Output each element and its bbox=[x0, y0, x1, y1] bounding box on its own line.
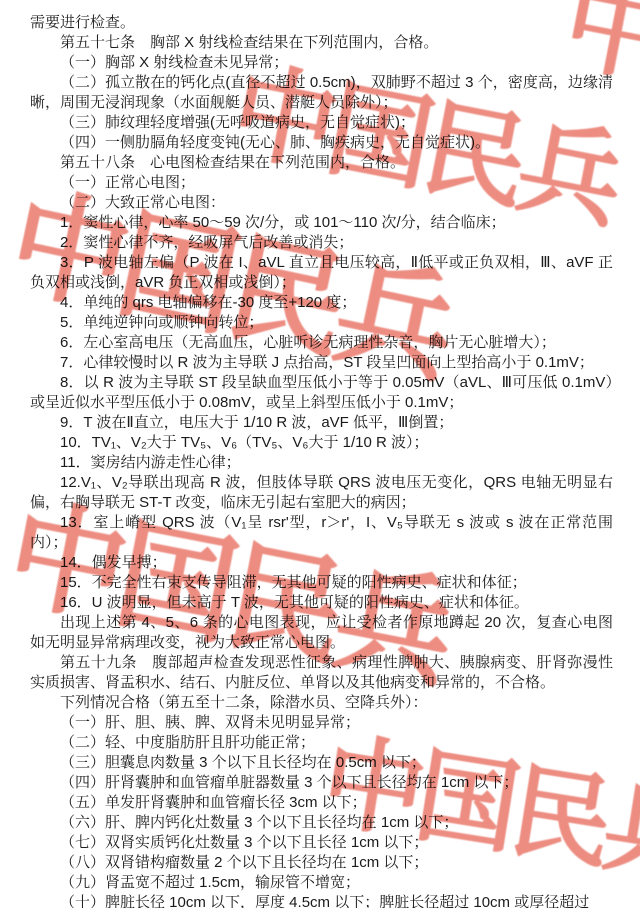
document-paragraph: 13．室上嵴型 QRS 波（V₁呈 rsr'型，r＞r'，I、V₅导联无 s 波… bbox=[30, 513, 613, 553]
document-paragraph: （二）轻、中度脂肪肝且肝功能正常； bbox=[30, 733, 613, 753]
document-paragraph: 第五十八条 心电图检查结果在下列范围内，合格。 bbox=[30, 153, 613, 173]
document-paragraph: 11．窦房结内游走性心律； bbox=[30, 453, 613, 473]
document-body: 需要进行检查。第五十七条 胸部 X 射线检查结果在下列范围内，合格。（一）胸部 … bbox=[30, 13, 613, 908]
document-paragraph: （一）胸部 X 射线检查未见异常； bbox=[30, 53, 613, 73]
document-paragraph: 第五十七条 胸部 X 射线检查结果在下列范围内，合格。 bbox=[30, 33, 613, 53]
document-paragraph: 5．单纯逆钟向或顺钟向转位； bbox=[30, 313, 613, 333]
document-paragraph: 2．窦性心律不齐，经吸屏气后改善或消失； bbox=[30, 233, 613, 253]
document-paragraph: （二）孤立散在的钙化点(直径不超过 0.5cm)，双肺野不超过 3 个，密度高，… bbox=[30, 73, 613, 113]
document-paragraph: 16．U 波明显，但未高于 T 波，无其他可疑的阳性病史、症状和体征。 bbox=[30, 593, 613, 613]
document-paragraph: 3．P 波电轴左偏（P 波在 I、aVL 直立且电压较高，Ⅱ低平或正负双相，Ⅲ、… bbox=[30, 253, 613, 293]
document-paragraph: 下列情况合格（第五至十二条，除潜水员、空降兵外）： bbox=[30, 693, 613, 713]
document-paragraph: 14．偶发早搏； bbox=[30, 553, 613, 573]
document-paragraph: （九）肾盂宽不超过 1.5cm，输尿管不增宽； bbox=[30, 873, 613, 893]
document-paragraph: 9．T 波在Ⅱ直立，电压大于 1/10 R 波，aVF 低平，Ⅲ倒置； bbox=[30, 413, 613, 433]
page-background: 需要进行检查。第五十七条 胸部 X 射线检查结果在下列范围内，合格。（一）胸部 … bbox=[0, 0, 640, 908]
document-paragraph: 8．以 R 波为主导联 ST 段呈缺血型压低小于等于 0.05mV（aVL、Ⅲ可… bbox=[30, 373, 613, 413]
document-paragraph: 4．单纯的 qrs 电轴偏移在-30 度至+120 度； bbox=[30, 293, 613, 313]
document-paragraph: 需要进行检查。 bbox=[30, 13, 613, 33]
document-paragraph: （一）正常心电图； bbox=[30, 173, 613, 193]
document-paragraph: 第五十九条 腹部超声检查发现恶性征象、病理性脾肿大、胰腺病变、肝肾弥漫性实质损害… bbox=[30, 653, 613, 693]
document-paragraph: 10．TV₁、V₂大于 TV₅、V₆（TV₅、V₆大于 1/10 R 波）； bbox=[30, 433, 613, 453]
document-paragraph: （八）双肾错构瘤数量 2 个以下且长径均在 1cm 以下； bbox=[30, 853, 613, 873]
document-paragraph: （六）肝、脾内钙化灶数量 3 个以下且长径均在 1cm 以下； bbox=[30, 813, 613, 833]
document-paragraph: （二）大致正常心电图： bbox=[30, 193, 613, 213]
document-paragraph: （七）双肾实质钙化灶数量 3 个以下且长径 1cm 以下； bbox=[30, 833, 613, 853]
document-paragraph: 1．窦性心律，心率 50～59 次/分，或 101～110 次/分，结合临床； bbox=[30, 213, 613, 233]
document-paragraph: （一）肝、胆、胰、脾、双肾未见明显异常； bbox=[30, 713, 613, 733]
document-paragraph: （四）一侧肋膈角轻度变钝(无心、肺、胸疾病史，无自觉症状)。 bbox=[30, 133, 613, 153]
document-paragraph: 6．左心室高电压（无高血压，心脏听诊无病理性杂音，胸片无心脏增大）； bbox=[30, 333, 613, 353]
document-paragraph: （三）肺纹理轻度增强(无呼吸道病史，无自觉症状)； bbox=[30, 113, 613, 133]
document-paragraph: （五）单发肝肾囊肿和血管瘤长径 3cm 以下； bbox=[30, 793, 613, 813]
document-paragraph: （四）肝肾囊肿和血管瘤单脏器数量 3 个以下且长径均在 1cm 以下； bbox=[30, 773, 613, 793]
document-paragraph: 15．不完全性右束支传导阻滞，无其他可疑的阳性病史、症状和体征； bbox=[30, 573, 613, 593]
document-page: { "page": { "width": 640, "height": 908,… bbox=[0, 0, 640, 908]
document-paragraph: （十）脾脏长径 10cm 以下，厚度 4.5cm 以下；脾脏长径超过 10cm … bbox=[30, 893, 613, 908]
document-paragraph: 12.V₁、V₂导联出现高 R 波，但肢体导联 QRS 波电压无变化，QRS 电… bbox=[30, 473, 613, 513]
document-paragraph: 出现上述第 4、5、6 条的心电图表现，应让受检者作原地蹲起 20 次，复查心电… bbox=[30, 613, 613, 653]
document-paragraph: （三）胆囊息肉数量 3 个以下且长径均在 0.5cm 以下； bbox=[30, 753, 613, 773]
document-paragraph: 7．心律较慢时以 R 波为主导联 J 点抬高，ST 段呈凹面向上型抬高小于 0.… bbox=[30, 353, 613, 373]
